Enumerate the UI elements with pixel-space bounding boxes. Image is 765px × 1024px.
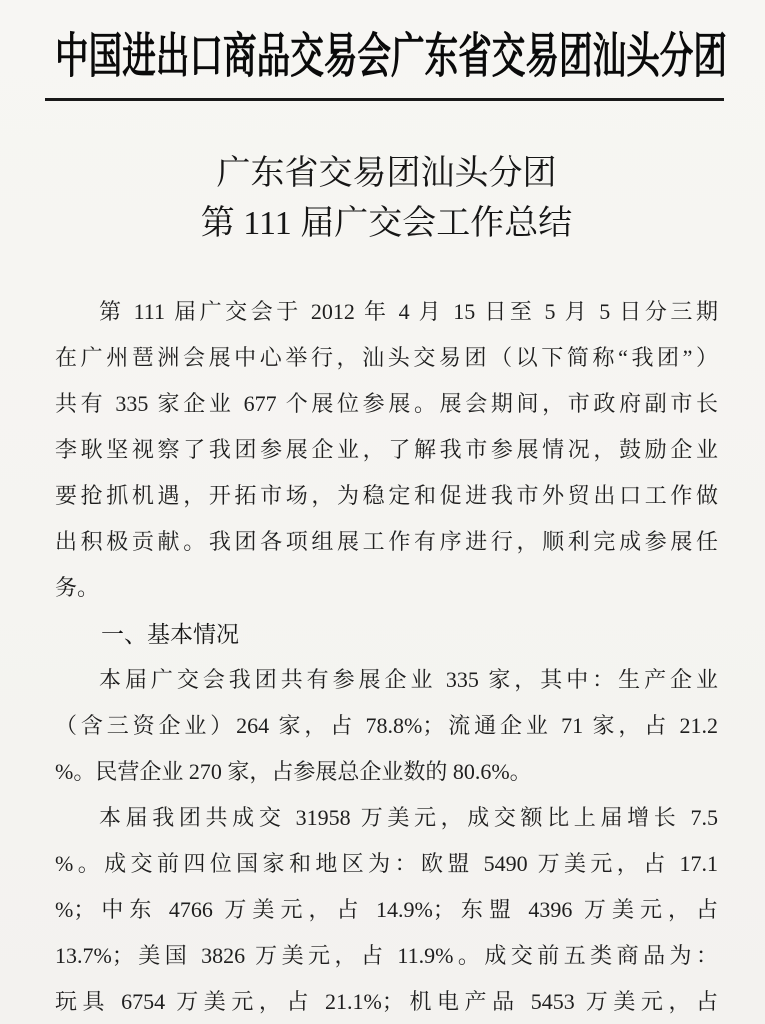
body-line: 13.7%；美国 3826 万美元，占 11.9%。成交前五类商品为： — [55, 933, 718, 979]
section-basic-situation: 一、基本情况 — [55, 611, 718, 657]
document-title: 广东省交易团汕头分团 第 111 届广交会工作总结 — [55, 149, 718, 249]
letterhead-rule — [45, 98, 724, 101]
body-line: 共有 335 家企业 677 个展位参展。展会期间，市政府副市长 — [55, 381, 718, 427]
body-line: 务。 — [55, 565, 718, 611]
body-line: 本届广交会我团共有参展企业 335 家，其中：生产企业 — [55, 657, 718, 703]
body-line: 要抢抓机遇，开拓市场，为稳定和促进我市外贸出口工作做 — [55, 473, 718, 519]
body-line: 出积极贡献。我团各项组展工作有序进行，顺利完成参展任 — [55, 519, 718, 565]
body-line: %。民营企业 270 家，占参展总企业数的 80.6%。 — [55, 749, 718, 795]
paragraph-transactions: 本届我团共成交 31958 万美元，成交额比上届增长 7.5 %。成交前四位国家… — [55, 795, 718, 1024]
body-line: %。成交前四位国家和地区为：欧盟 5490 万美元，占 17.1 — [55, 841, 718, 887]
document-body: 第 111 届广交会于 2012 年 4 月 15 日至 5 月 5 日分三期 … — [55, 289, 718, 1024]
paragraph-enterprises: 本届广交会我团共有参展企业 335 家，其中：生产企业 （含三资企业）264 家… — [55, 657, 718, 795]
letterhead-title: 中国进出口商品交易会广东省交易团汕头分团 — [55, 26, 718, 88]
body-line: %；中东 4766 万美元，占 14.9%；东盟 4396 万美元，占 — [55, 887, 718, 933]
letterhead: 中国进出口商品交易会广东省交易团汕头分团 — [55, 26, 718, 101]
body-line: 在广州琶洲会展中心举行，汕头交易团（以下简称“我团”） — [55, 335, 718, 381]
paragraph-intro: 第 111 届广交会于 2012 年 4 月 15 日至 5 月 5 日分三期 … — [55, 289, 718, 611]
document-title-line1: 广东省交易团汕头分团 — [55, 149, 718, 199]
scanned-document-page: 中国进出口商品交易会广东省交易团汕头分团 广东省交易团汕头分团 第 111 届广… — [0, 0, 765, 1024]
section-heading: 一、基本情况 — [55, 611, 718, 657]
body-line: （含三资企业）264 家，占 78.8%；流通企业 71 家，占 21.2 — [55, 703, 718, 749]
body-line: 玩具 6754 万美元，占 21.1%；机电产品 5453 万美元，占 — [55, 979, 718, 1024]
body-line: 第 111 届广交会于 2012 年 4 月 15 日至 5 月 5 日分三期 — [55, 289, 718, 335]
body-line: 本届我团共成交 31958 万美元，成交额比上届增长 7.5 — [55, 795, 718, 841]
body-line: 李耿坚视察了我团参展企业，了解我市参展情况，鼓励企业 — [55, 427, 718, 473]
document-title-line2: 第 111 届广交会工作总结 — [55, 199, 718, 249]
